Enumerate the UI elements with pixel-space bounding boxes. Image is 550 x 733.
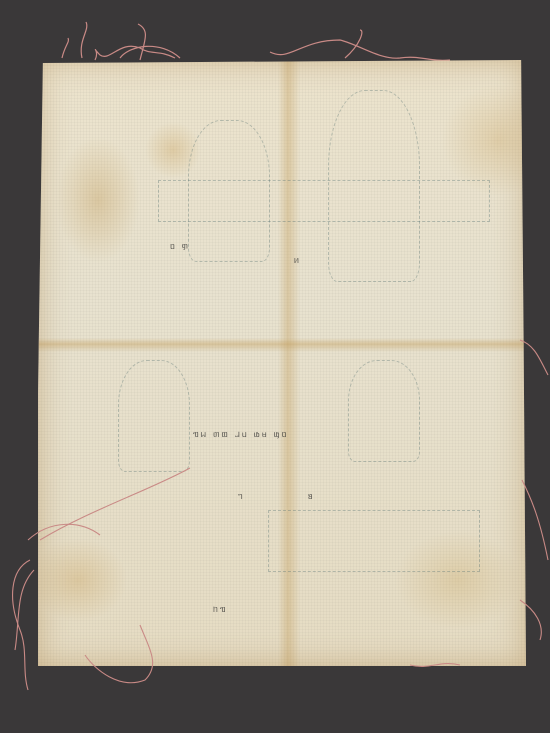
side-threads bbox=[0, 0, 550, 733]
photo-stage: ᥝ ᥞ ᥢ ᥓᥕ ᥖᥗ ᥘᥙ ᥚᥛ ᥜᥝ ᥐ ᥑ ᥒᥓ bbox=[0, 0, 550, 733]
